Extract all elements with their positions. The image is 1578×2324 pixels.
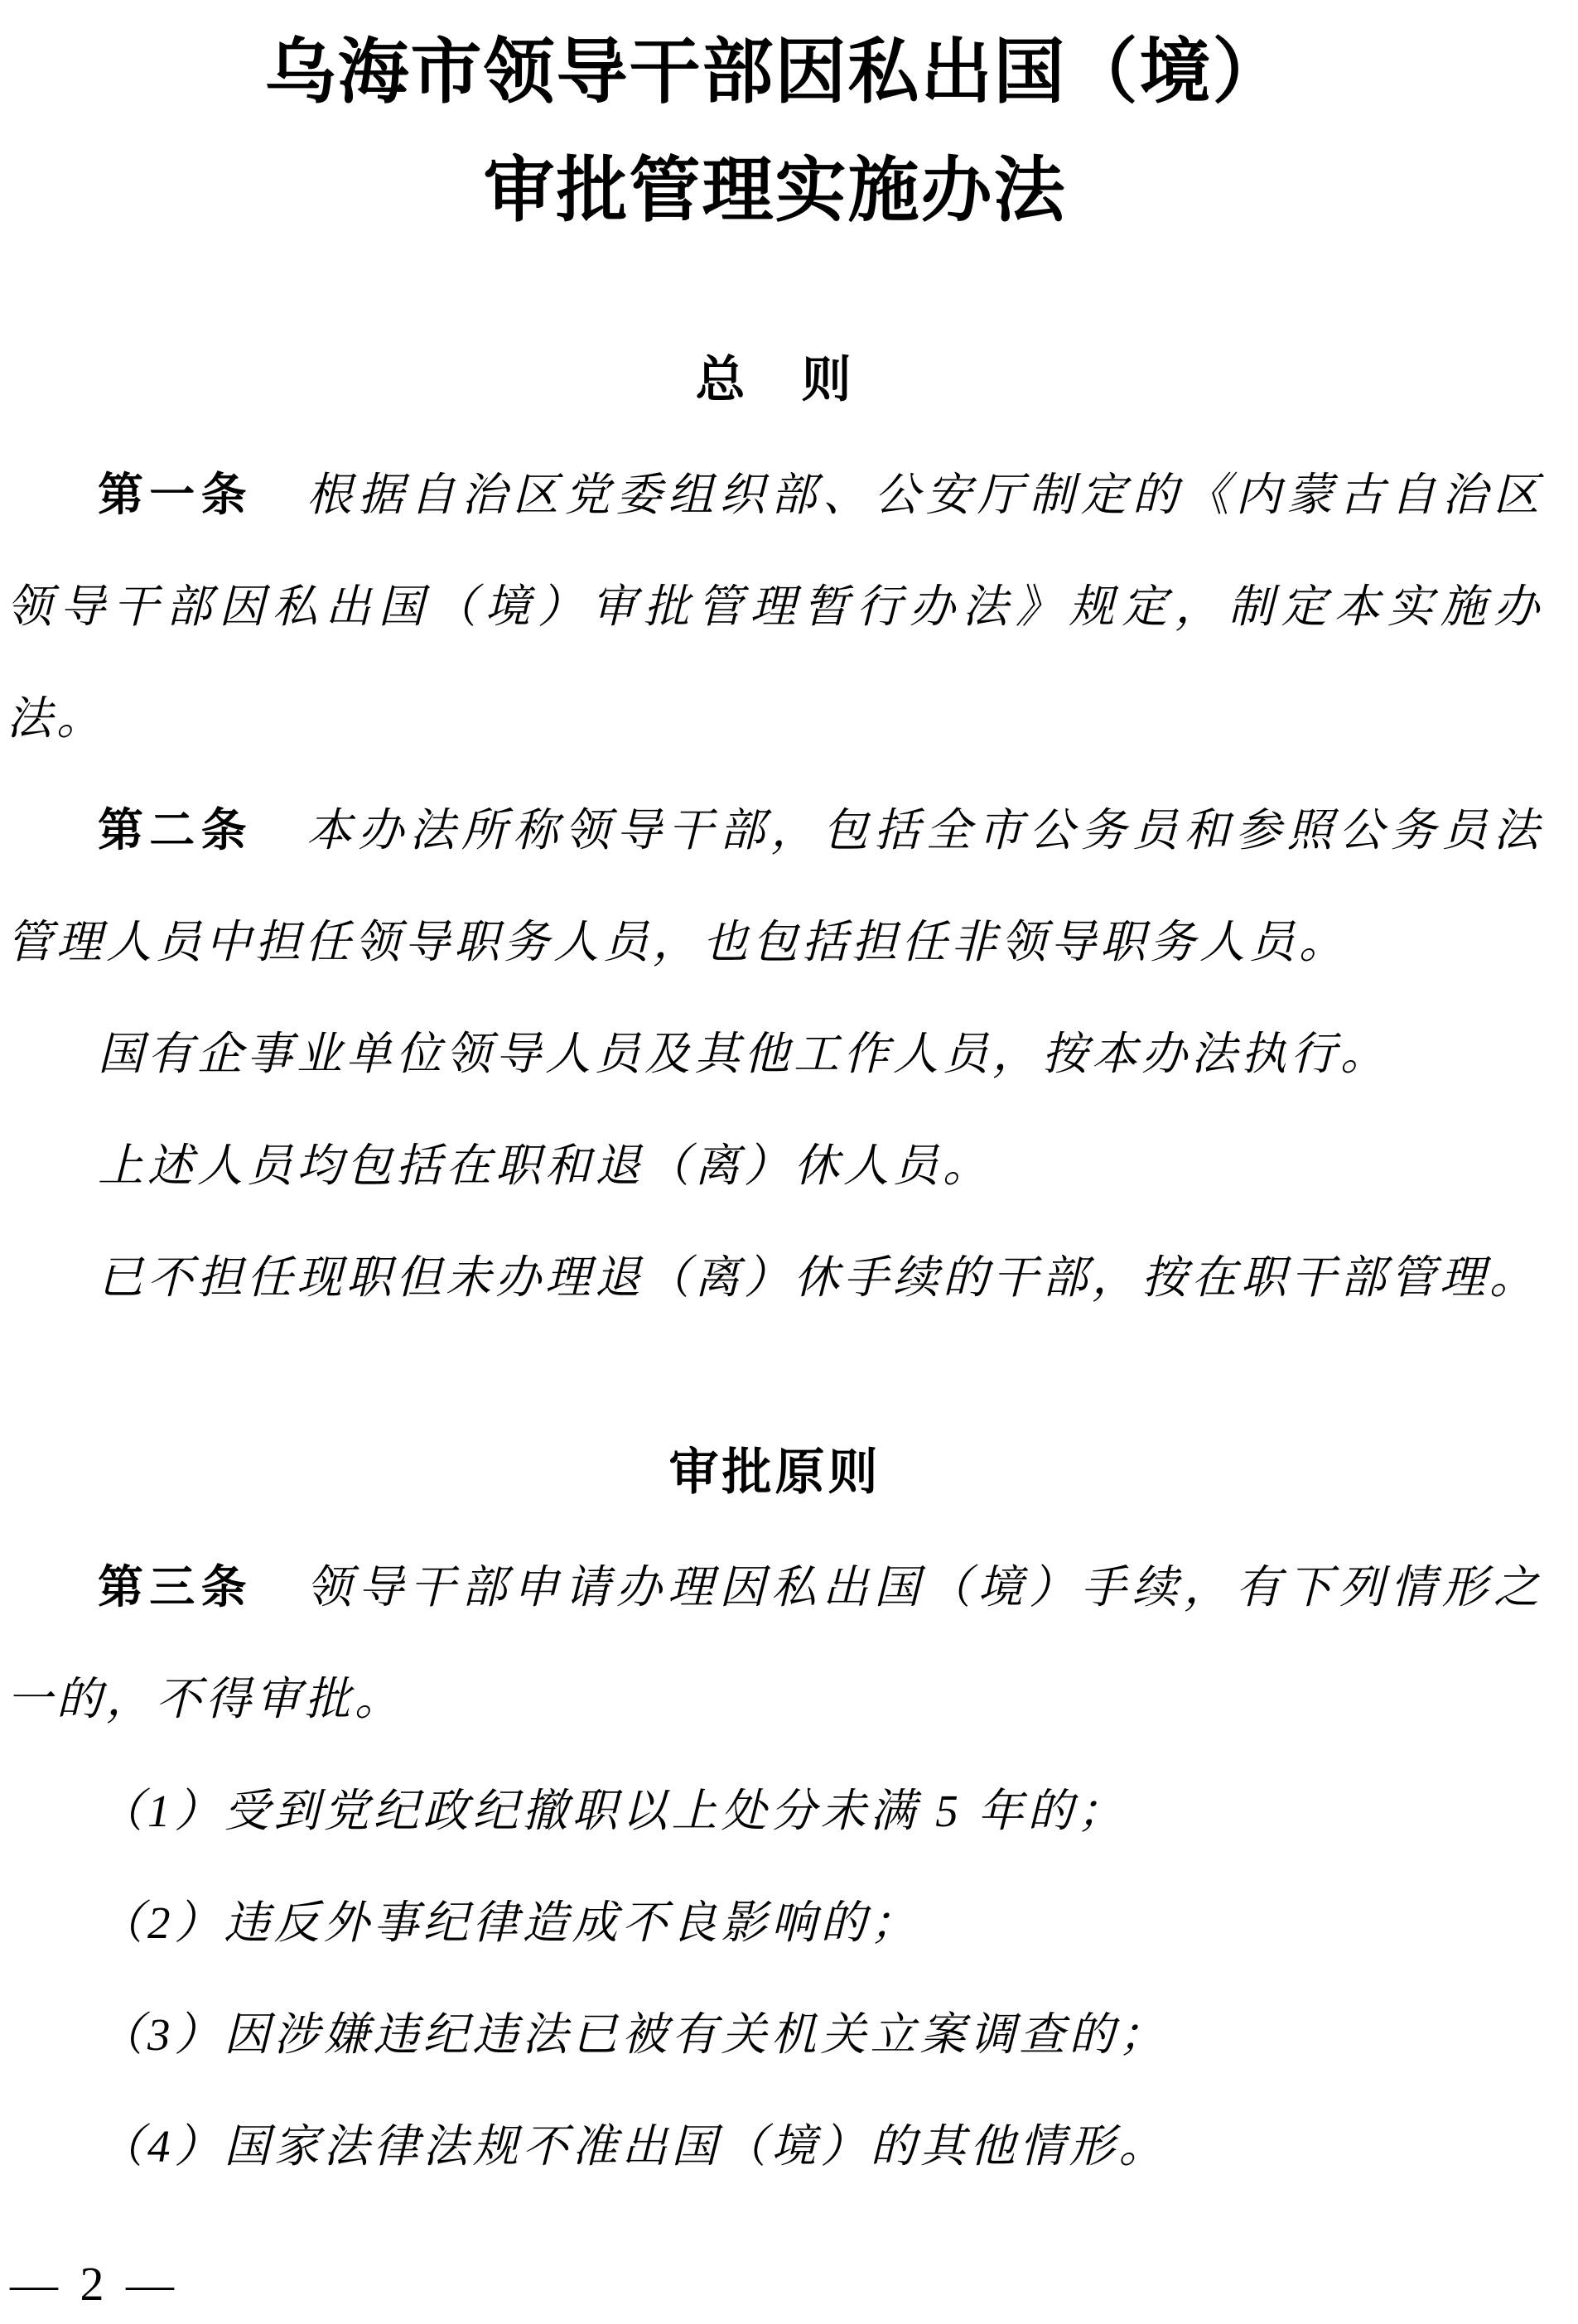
- section-heading-approval-principles: 审批原则: [7, 1447, 1543, 1498]
- clause-number-label: 第一条: [98, 469, 253, 520]
- section-heading-general-provisions: 总 则: [7, 354, 1543, 406]
- list-item-paragraph: （2）违反外事纪律造成不良影响的；: [7, 1867, 1543, 1979]
- body-paragraph: 国有企事业单位领导人员及其他工作人员，按本办法执行。: [7, 998, 1543, 1110]
- clause-number-label: 第三条: [98, 1561, 253, 1613]
- clause-number-label: 第二条: [98, 804, 253, 856]
- clause-paragraph: 第二条本办法所称领导干部，包括全市公务员和参照公务员法管理人员中担任领导职务人员…: [7, 774, 1543, 998]
- body-paragraph: 已不担任现职但未办理退（离）休手续的干部，按在职干部管理。: [7, 1222, 1543, 1333]
- list-item-paragraph: （4）国家法律法规不准出国（境）的其他情形。: [7, 2090, 1543, 2202]
- document-title-line2: 审批管理实施办法: [7, 132, 1543, 250]
- document-title-line1: 乌海市领导干部因私出国（境）: [7, 13, 1543, 132]
- body-paragraph: 上述人员均包括在职和退（离）休人员。: [7, 1110, 1543, 1222]
- clause-paragraph: 第三条领导干部申请办理因私出国（境）手续，有下列情形之一的，不得审批。: [7, 1531, 1543, 1755]
- list-item-paragraph: （3）因涉嫌违纪违法已被有关机关立案调查的；: [7, 1979, 1543, 2090]
- clause-paragraph: 第一条根据自治区党委组织部、公安厅制定的《内蒙古自治区领导干部因私出国（境）审批…: [7, 439, 1543, 774]
- page-number: — 2 —: [7, 2255, 1543, 2313]
- list-item-paragraph: （1）受到党纪政纪撤职以上处分未满 5 年的；: [7, 1755, 1543, 1867]
- document-page: 乌海市领导干部因私出国（境） 审批管理实施办法 总 则 第一条根据自治区党委组织…: [0, 0, 1578, 2324]
